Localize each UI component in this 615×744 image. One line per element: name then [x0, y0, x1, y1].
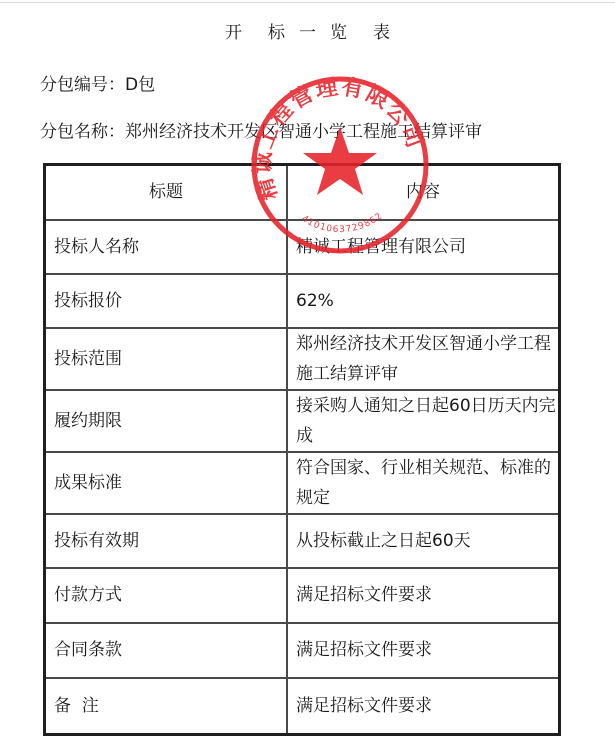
row-value: 满足招标文件要求 [287, 678, 560, 735]
row-label: 合同条款 [45, 623, 288, 678]
header-title: 标题 [45, 165, 288, 220]
row-value: 符合国家、行业相关规范、标准的规定 [287, 452, 560, 514]
table-header-row: 标题 内容 [45, 165, 560, 220]
table-row: 投标报价 62% [45, 274, 560, 328]
row-value: 从投标截止之日起60天 [287, 514, 560, 568]
title-char: 标 [268, 18, 285, 43]
row-label: 投标人名称 [45, 220, 288, 274]
table-row: 投标范围 郑州经济技术开发区智通小学工程施工结算评审 [45, 328, 560, 390]
package-number-label: 分包编号： [40, 75, 125, 95]
table-row: 付款方式 满足招标文件要求 [45, 568, 560, 623]
row-value: 郑州经济技术开发区智通小学工程施工结算评审 [287, 328, 560, 390]
row-value: 满足招标文件要求 [287, 623, 560, 678]
package-number: 分包编号：D包 [40, 70, 155, 95]
title-char: 表 [373, 18, 390, 43]
package-name-label: 分包名称： [40, 122, 125, 142]
title-char: 开 [225, 18, 242, 43]
package-number-value: D包 [125, 75, 155, 95]
table-row: 履约期限 接采购人通知之日起60日历天内完成 [45, 390, 560, 452]
row-label: 投标范围 [45, 328, 288, 390]
table-row: 成果标准 符合国家、行业相关规范、标准的规定 [45, 452, 560, 514]
package-name: 分包名称：郑州经济技术开发区智通小学工程施工结算评审 [40, 117, 482, 142]
row-label: 备 注 [45, 678, 288, 735]
table-row: 合同条款 满足招标文件要求 [45, 623, 560, 678]
title-char: 览 [330, 18, 347, 43]
bid-opening-table: 标题 内容 投标人名称 精诚工程管理有限公司 投标报价 62% 投标范围 郑州经… [43, 163, 561, 736]
row-value: 62% [287, 274, 560, 328]
page-top-divider [0, 2, 615, 3]
page-title: 开标一览表 [0, 18, 615, 43]
table-row: 投标有效期 从投标截止之日起60天 [45, 514, 560, 568]
title-char: 一 [299, 18, 316, 43]
row-label: 投标有效期 [45, 514, 288, 568]
row-label: 成果标准 [45, 452, 288, 514]
header-content: 内容 [287, 165, 560, 220]
table-row: 备 注 满足招标文件要求 [45, 678, 560, 735]
row-value: 接采购人通知之日起60日历天内完成 [287, 390, 560, 452]
row-label: 付款方式 [45, 568, 288, 623]
row-label: 投标报价 [45, 274, 288, 328]
row-value: 精诚工程管理有限公司 [287, 220, 560, 274]
row-value: 满足招标文件要求 [287, 568, 560, 623]
row-label: 履约期限 [45, 390, 288, 452]
table-row: 投标人名称 精诚工程管理有限公司 [45, 220, 560, 274]
package-name-value: 郑州经济技术开发区智通小学工程施工结算评审 [125, 122, 482, 142]
